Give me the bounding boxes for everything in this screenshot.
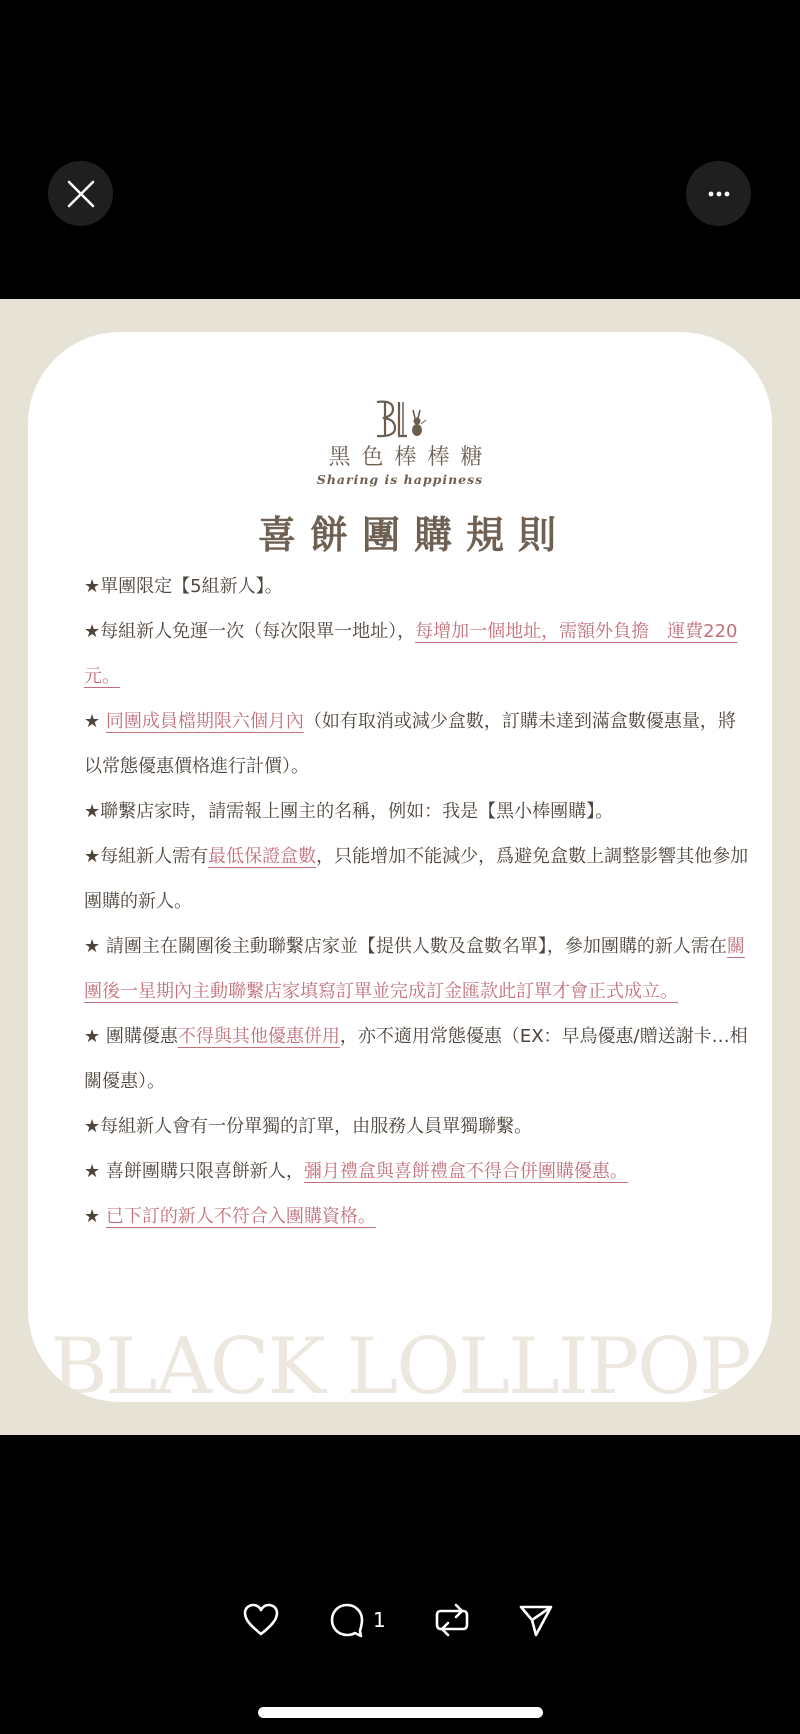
rule-item: ★單團限定【5組新人】。 [84,564,750,609]
monogram-logo-icon [373,400,427,438]
repost-icon [434,1602,470,1638]
brand-name: 黑色棒棒糖 [28,440,772,471]
action-bar: 1 [0,1600,800,1640]
share-button[interactable] [518,1600,554,1640]
comment-count: 1 [373,1608,386,1632]
rules-list: ★單團限定【5組新人】。 ★每組新人免運一次（每次限單一地址），每增加一個地址，… [84,564,750,1239]
send-icon [518,1602,554,1638]
comment-icon [329,1602,365,1638]
repost-button[interactable] [434,1600,470,1640]
like-button[interactable] [243,1600,279,1640]
close-button[interactable] [48,161,113,226]
heart-icon [243,1603,279,1637]
more-options-button[interactable] [686,161,751,226]
rule-item: ★聯繫店家時，請需報上團主的名稱，例如：我是【黑小棒團購】。 [84,789,750,834]
more-horizontal-icon [707,190,731,198]
close-icon [66,179,96,209]
rule-item: ★ 同團成員檔期限六個月內（如有取消或減少盒數，訂購未達到滿盒數優惠量，將以常態… [84,699,750,789]
rule-item: ★ 請團主在關團後主動聯繫店家並【提供人數及盒數名單】，參加團購的新人需在關團後… [84,924,750,1014]
brand-watermark: BLACK LOLLIPOP [28,1322,772,1402]
rule-item: ★每組新人免運一次（每次限單一地址），每增加一個地址，需額外負擔 運費220元。 [84,609,750,699]
page-title: 喜餅團購規則 [28,504,772,559]
rule-item: ★每組新人需有最低保證盒數，只能增加不能減少，爲避免盒數上調整影響其他參加團購的… [84,834,750,924]
rule-item: ★ 已下訂的新人不符合入團購資格。 [84,1194,750,1239]
rule-item: ★每組新人會有一份單獨的訂單，由服務人員單獨聯繫。 [84,1104,750,1149]
brand-logo [28,400,772,442]
comment-button[interactable]: 1 [329,1600,386,1640]
rule-item: ★ 團購優惠不得與其他優惠併用，亦不適用常態優惠（EX：早鳥優惠/贈送謝卡…相關… [84,1014,750,1104]
post-image[interactable]: 黑色棒棒糖 Sharing is happiness 喜餅團購規則 ★單團限定【… [0,299,800,1435]
rule-item: ★ 喜餅團購只限喜餅新人，彌月禮盒與喜餅禮盒不得合併團購優惠。 [84,1149,750,1194]
brand-slogan: Sharing is happiness [28,472,772,487]
home-indicator[interactable] [258,1707,543,1718]
rules-card: 黑色棒棒糖 Sharing is happiness 喜餅團購規則 ★單團限定【… [28,332,772,1402]
